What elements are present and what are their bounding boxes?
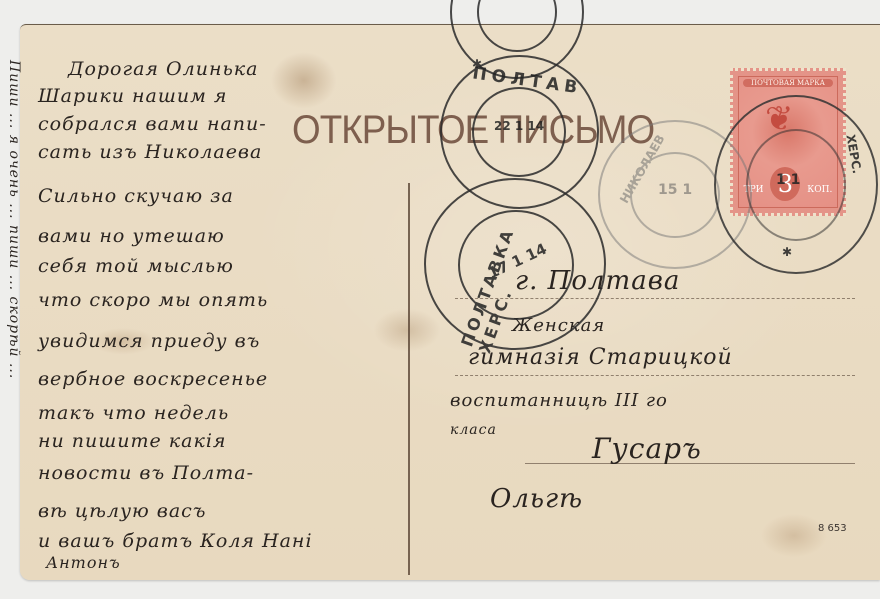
message-line: и вашъ братъ Коля Нанi <box>38 530 313 552</box>
message-line: вѣ цѣлую васъ <box>38 500 206 522</box>
address-line: воспитанницѣ III го <box>450 390 668 411</box>
message-line: новости въ Полта- <box>38 462 254 484</box>
postcard-divider <box>408 183 410 575</box>
message-line: ни пишите какiя <box>38 430 226 452</box>
message-line: что скоро мы опять <box>38 289 268 311</box>
message-line: Антонъ <box>46 553 121 572</box>
message-line: увидимся приеду въ <box>38 330 260 352</box>
postmark-date: 15 1 <box>658 182 692 198</box>
print-code: 8 653 <box>818 523 847 534</box>
postmark-date: 1 1 <box>776 172 800 188</box>
message-line: себя той мыслью <box>38 255 234 277</box>
message-line: сать изъ Николаева <box>38 141 262 163</box>
address-name: Ольгѣ <box>490 484 583 514</box>
postmark-poltavka: ПОЛТАВКА ХЕРС. 17 1 14 <box>424 178 606 350</box>
margin-note: Пиши ... я очень ... пиши ... скорѣй ... <box>6 60 22 540</box>
message-line: Шарики нашим я <box>38 85 227 107</box>
address-line: класа <box>450 422 497 438</box>
message-line: такъ что недель <box>38 402 229 424</box>
address-surname: Гусаръ <box>592 432 702 465</box>
message-line: собрался вами напи- <box>38 113 267 135</box>
postmark-inner-ring <box>477 0 557 52</box>
postmark-date: 22 1 14 <box>494 119 544 133</box>
postmark-khers: ХЕРС. 1 1 ✱ <box>714 95 878 274</box>
message-line: Дорогая Олинька <box>68 58 258 80</box>
stamp-header: ПОЧТОВАЯ МАРКА <box>743 79 833 87</box>
message-line: вербное воскресенье <box>38 368 268 390</box>
address-rule <box>455 375 855 376</box>
postmark-text: ХЕРС. <box>843 133 864 174</box>
message-line: вами но утешаю <box>38 225 225 247</box>
message-line: Сильно скучаю за <box>38 185 234 207</box>
star-icon: ✱ <box>782 245 792 259</box>
